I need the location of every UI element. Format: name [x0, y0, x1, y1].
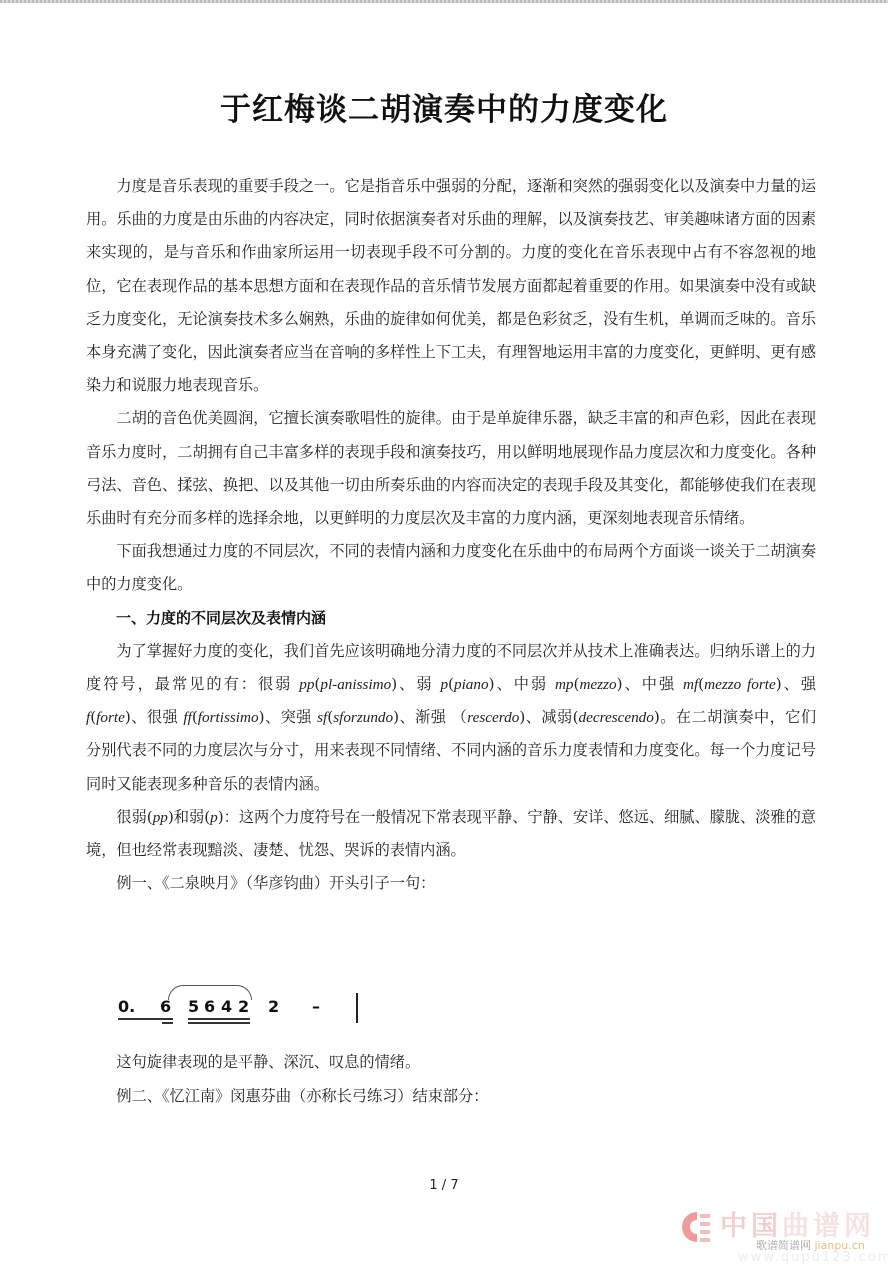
dynamic-item-mp: 中弱 mp(mezzo)、: [514, 675, 642, 693]
score-note: 2: [238, 997, 249, 1016]
paragraph-dynamics-symbols: 为了掌握好力度的变化，我们首先应该明确地分清力度的不同层次并从技术上准确表达。归…: [86, 635, 816, 801]
example1-jianpu-score: 0. 6 5 6 4 2 2 –: [118, 985, 378, 1035]
underline-beam: [188, 1022, 250, 1024]
example2-caption: 例二、《忆江南》闵惠芬曲（亦称长弓练习）结束部分：: [86, 1079, 816, 1113]
document-page: 于红梅谈二胡演奏中的力度变化 力度是音乐表现的重要手段之一。它是指音乐中强弱的分…: [0, 0, 888, 1264]
section-heading: 一、力度的不同层次及表情内涵: [86, 602, 816, 635]
underline-beam: [162, 1022, 173, 1024]
document-title: 于红梅谈二胡演奏中的力度变化: [0, 88, 888, 132]
score-note: 4: [221, 997, 232, 1016]
dynamic-item-decrescendo: 减弱(decrescendo)。: [541, 708, 676, 726]
paragraph-outline: 下面我想通过力度的不同层次，不同的表情内涵和力度变化在乐曲中的布局两个方面谈一谈…: [86, 535, 816, 601]
dynamic-item-sf: 突强 sf(sforzundo)、: [281, 708, 416, 726]
score-note: 5: [188, 997, 199, 1016]
watermark-subtitle: 歌谱简谱网 jianpu.cn: [756, 1237, 865, 1253]
page-indicator: 1 / 7: [0, 1178, 888, 1193]
barline: [356, 993, 358, 1023]
score-note: 0.: [118, 997, 135, 1016]
underline-beam: [188, 1018, 250, 1020]
example1-comment: 这句旋律表现的是平静、深沉、叹息的情绪。: [86, 1045, 816, 1079]
score-note: 6: [160, 997, 171, 1016]
score-note: 2: [268, 997, 279, 1016]
score-note: 6: [204, 997, 215, 1016]
score-note: –: [312, 997, 320, 1016]
dynamic-item-ff: 很强 ff(fortissimo)、: [147, 708, 281, 726]
example1-caption: 例一、《二泉映月》（华彦钧曲）开头引子一句：: [86, 867, 816, 900]
dynamic-item-pp: 很弱 pp(pl-anissimo)、: [258, 675, 416, 693]
document-body: 力度是音乐表现的重要手段之一。它是指音乐中强弱的分配，逐渐和突然的强弱变化以及演…: [86, 170, 816, 900]
underline-beam: [118, 1018, 173, 1020]
dynamic-item-crescendo: 渐强 （rescerdo)、: [415, 708, 541, 726]
paragraph-intro: 力度是音乐表现的重要手段之一。它是指音乐中强弱的分配，逐渐和突然的强弱变化以及演…: [86, 170, 816, 402]
watermark-logo-icon: [680, 1210, 710, 1244]
paragraph-pp-p: 很弱(pp)和弱(p)：这两个力度符号在一般情况下常表现平静、宁静、安详、悠远、…: [86, 801, 816, 867]
paragraph-erhu-timbre: 二胡的音色优美圆润，它擅长演奏歌唱性的旋律。由于是单旋律乐器，缺乏丰富的和声色彩…: [86, 402, 816, 535]
dynamic-item-p: 弱 p(piano)、: [416, 675, 513, 693]
after-score-text: 这句旋律表现的是平静、深沉、叹息的情绪。 例二、《忆江南》闵惠芬曲（亦称长弓练习…: [86, 1045, 816, 1113]
site-watermark: 中国曲谱网 www.qupu123.com 歌谱简谱网 jianpu.cn: [680, 1204, 888, 1264]
dynamic-item-mf: 中强 mf(mezzo forte)、: [642, 675, 801, 693]
